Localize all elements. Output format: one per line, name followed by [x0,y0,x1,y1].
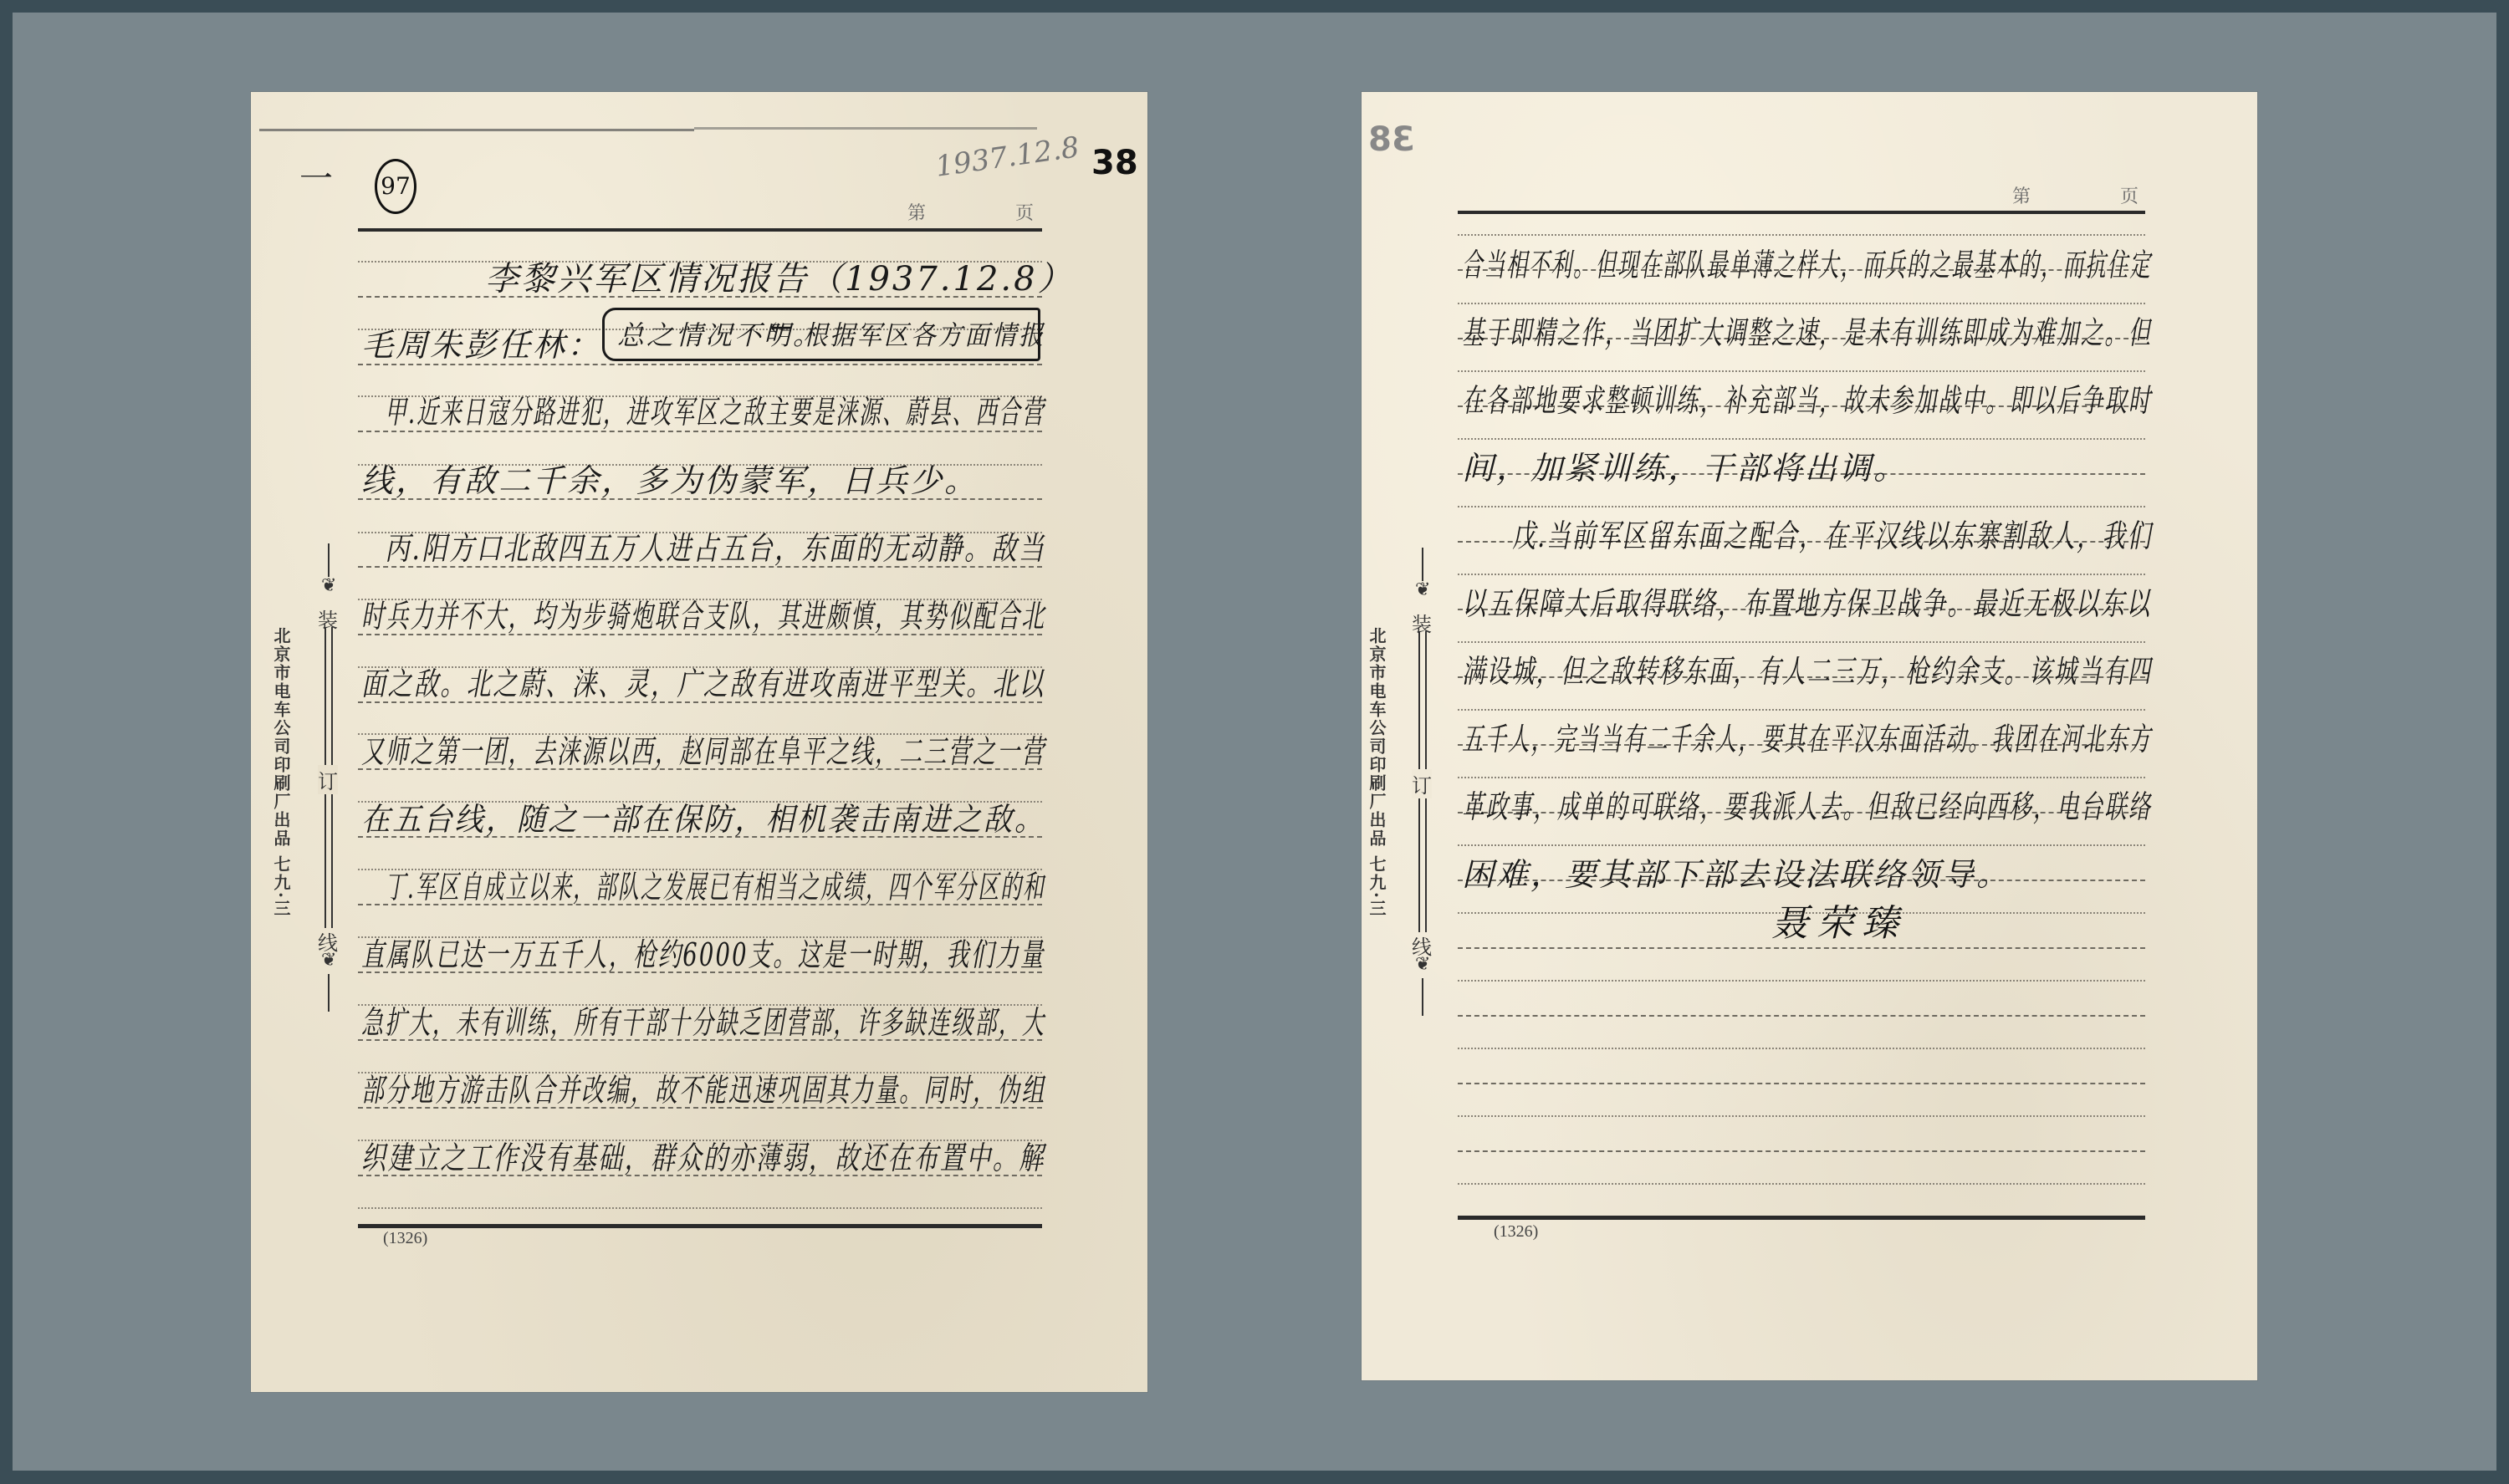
signature: 聂荣臻 [1771,893,1907,946]
text-line: 线，有敌二千余，多为伪蒙军，日兵少。 [361,455,979,501]
addressee: 毛周朱彭任林： [361,319,601,365]
page-number-label: 第 页 [2012,182,2180,208]
text-line: 丙.阳方口北敌四五万人进占五台，东面的无动静。敌当 [385,523,1045,569]
text-line: 时兵力并不大，均为步骑炮联合支队，其进颇慎，其势似配合北 [361,590,1046,636]
text-line: 直属队已达一万五千人，枪约6000支。这是一时期，我们力量 [361,929,1045,975]
corner-mark: 一 [299,152,333,200]
text-line: 间，加紧训练，干部将出调。 [1462,442,1908,488]
pencil-date-annotation: 1937.12.8 [933,130,1081,184]
text-line: 满设城，但之敌转移东面，有人二三万，枪约余支。该城当有四 [1462,645,2152,691]
archive-page-number: 38 [1091,144,1138,182]
text-line: 戊.当前军区留东面之配合，在平汉线以东寨割敌人，我们 [1512,510,2153,556]
binding-char: 装 [318,604,338,633]
text-line: 五千人，完当当有二千余人，要其在平汉东面活动。我团在河北东方 [1462,713,2152,759]
ornament-icon: ❦ [1415,956,1430,974]
binding-char: 订 [1412,769,1432,798]
printer-imprint: 北京市电车公司印刷厂出品 七九·三 [1365,627,1389,918]
text-line: 在五台线，随之一部在保防，相机袭击南进之敌。 [361,793,1045,839]
text-line: 丁.军区自成立以来，部队之发展已有相当之成绩，四个军分区的和 [385,861,1045,907]
form-code: (1326) [1494,1222,1538,1242]
text-line: 甲.近来日寇分路进犯，进攻军区之敌主要是涞源、蔚县、西合营 [385,386,1045,432]
text-line: 合当相不利。但现在部队最单薄之样大，而兵的之最基本的，而抗住定 [1462,239,2152,285]
archive-page-number-mirrored: 38 [1368,120,1415,159]
text-line: 革政事，成单的可联络，要我派人去。但敌已经向西移，电台联络 [1462,781,2152,827]
text-line: 织建立之工作没有基础，群众的亦薄弱，故还在布置中。解 [361,1132,1045,1178]
binding-char: 装 [1412,608,1432,637]
text-line: 又师之第一团，去涞源以西，赵同部在阜平之线，二三营之一营 [361,726,1046,772]
top-edge-rule [259,129,694,131]
text-line: 面之敌。北之蔚、涞、灵，广之敌有进攻南进平型关。北以 [361,658,1045,704]
circled-number: 97 [375,159,416,214]
text-line: 以五保障大后取得联络，布置地方保卫战争。最近无极以东以 [1462,578,2152,624]
printer-imprint: 北京市电车公司印刷厂出品 七九·三 [269,627,294,918]
text-line: 部分地方游击队合并改编，故不能迅速巩固其力量。同时，伪组 [361,1064,1046,1110]
footer-rule [1458,1216,2145,1220]
binding-char: 订 [318,765,338,794]
ornament-icon: ❦ [321,577,336,595]
binding-margin: ❦ 装 订 线 ❦ [284,543,351,1012]
boxed-note-source: 根据军区各方面情报 [803,314,1045,353]
text-line: 在各部地要求整顿训练，补充部当，故未参加战中。即以后争取时 [1462,375,2152,421]
ornament-icon: ❦ [321,951,336,970]
document-page-left: 一 97 1937.12.8 38 第 页 (1326) [251,92,1147,1392]
ornament-icon: ❦ [1415,581,1430,599]
document-page-right: 38 第 页 (1326) 合当相不利。但现在部队最单薄之样大，而兵的 [1362,92,2257,1380]
report-title: 李黎兴军区情况报告（1937.12.8） [485,252,1074,300]
text-line: 急扩大，未有训练，所有干部十分缺乏团营部，许多缺连级部，大 [361,997,1045,1043]
arrow-icon: ← [769,311,796,344]
text-line: 基于即精之作，当团扩大调整之速，是未有训练即成为难加之。但 [1462,307,2152,353]
top-edge-rule [694,127,1037,130]
page-number-label: 第 页 [907,199,1076,225]
text-line: 困难，要其部下部去设法联络领导。 [1462,849,2011,895]
